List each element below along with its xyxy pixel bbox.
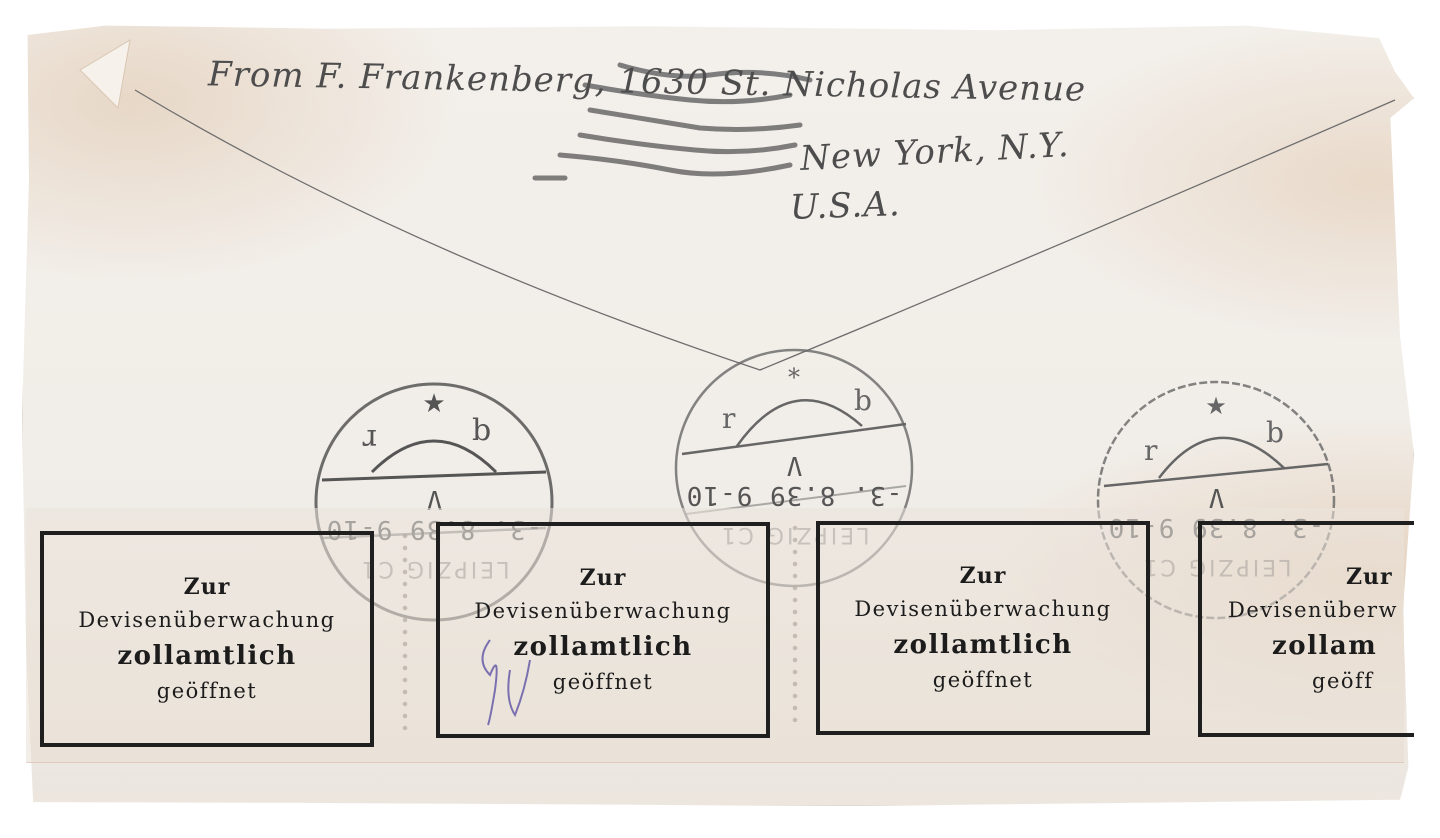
image-background-right: [1414, 0, 1440, 838]
label-line-zur: Zur: [184, 576, 231, 598]
label-line-devisen: Devisenüberwachung: [78, 610, 335, 631]
svg-text:⁎: ⁎: [788, 356, 800, 384]
customs-label-1: Zur Devisenüberwachung zollamtlich geöff…: [40, 531, 374, 747]
censor-initials-icon: [470, 630, 540, 730]
label-line-geoeffnet: geöff: [1312, 671, 1374, 692]
svg-text:b: b: [472, 413, 491, 448]
label-line-zollamtlich: zollamtlich: [117, 643, 296, 669]
label-line-devisen: Devisenüberw: [1228, 600, 1398, 621]
svg-text:b: b: [1266, 416, 1284, 449]
svg-text:★: ★: [422, 389, 445, 419]
label-perforation: [402, 530, 408, 730]
label-line-zollamtlich: zollamtlich: [893, 632, 1072, 658]
customs-label-4-truncated: Zur Devisenüberw zollam geöff: [1198, 521, 1438, 737]
label-line-devisen: Devisenüberwachung: [854, 599, 1111, 620]
svg-text:★: ★: [1205, 392, 1227, 420]
label-line-zur: Zur: [960, 565, 1007, 587]
svg-text:r: r: [722, 402, 736, 435]
label-line-geoeffnet: geöffnet: [933, 670, 1033, 691]
label-line-devisen: Devisenüberwachung: [474, 601, 731, 622]
svg-text:r: r: [362, 422, 377, 457]
label-line-zollamtlich: zollam: [1272, 633, 1377, 659]
label-line-zur: Zur: [1346, 566, 1393, 588]
customs-label-3: Zur Devisenüberwachung zollamtlich geöff…: [816, 521, 1150, 735]
label-line-geoeffnet: geöffnet: [157, 681, 257, 702]
label-perforation: [792, 522, 798, 722]
label-line-zur: Zur: [580, 567, 627, 589]
label-line-geoeffnet: geöffnet: [553, 672, 653, 693]
svg-text:b: b: [854, 384, 872, 417]
postmark-date: -3. 8.39 9-10 V: [672, 450, 916, 510]
label-line-zollamtlich: zollamtlich: [513, 634, 692, 660]
sender-line-3: U.S.A.: [789, 184, 901, 228]
svg-text:r: r: [1144, 434, 1158, 467]
